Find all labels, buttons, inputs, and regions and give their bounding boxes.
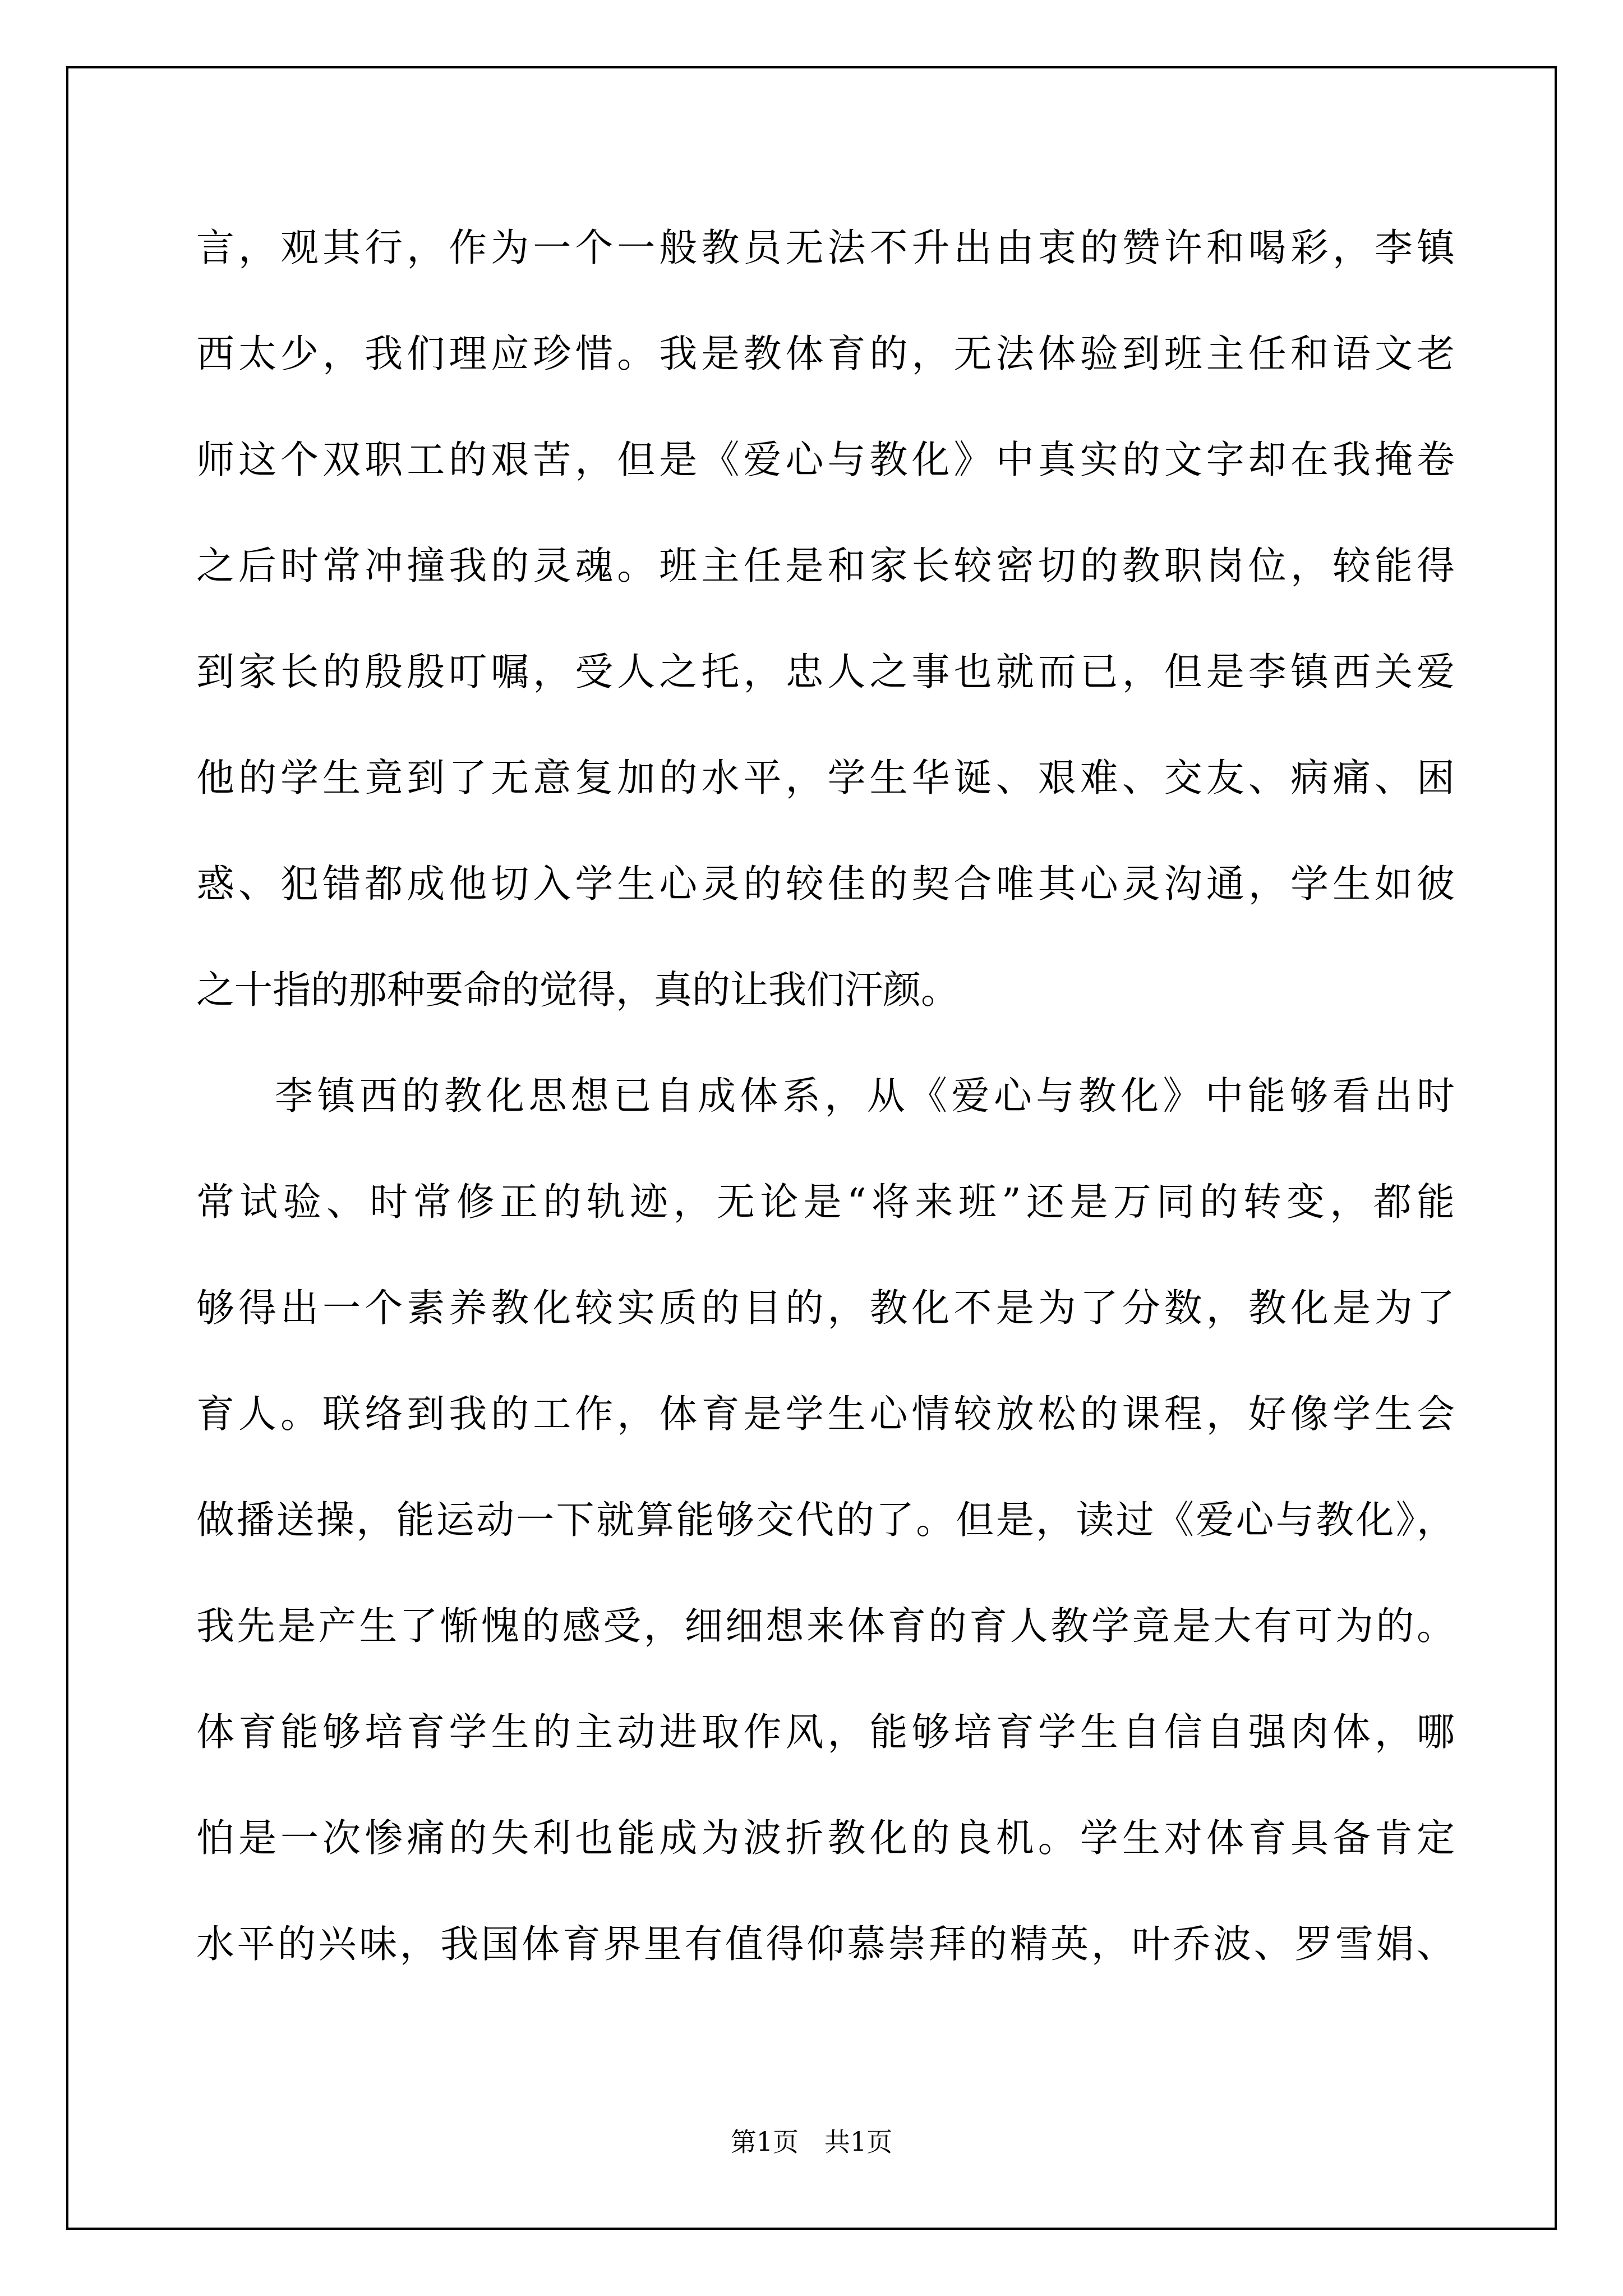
text-line: 师这个双职工的艰苦，但是《爱心与教化》中真实的文字却在我掩卷 xyxy=(196,407,1455,513)
text-line: 育人。联络到我的工作，体育是学生心情较放松的课程，好像学生会 xyxy=(196,1361,1455,1467)
page-footer: 第1页共1页 xyxy=(0,2125,1623,2159)
text-line: 体育能够培育学生的主动进取作风，能够培育学生自信自强肉体，哪 xyxy=(196,1680,1455,1786)
text-line: 李镇西的教化思想已自成体系，从《爱心与教化》中能够看出时 xyxy=(196,1043,1455,1149)
text-line: 够得出一个素养教化较实质的目的，教化不是为了分数，教化是为了 xyxy=(196,1255,1455,1361)
text-line: 言，观其行，作为一个一般教员无法不升出由衷的赞许和喝彩，李镇 xyxy=(196,195,1455,301)
text-line: 怕是一次惨痛的失利也能成为波折教化的良机。学生对体育具备肯定 xyxy=(196,1786,1455,1892)
paragraph: 言，观其行，作为一个一般教员无法不升出由衷的赞许和喝彩，李镇 西太少，我们理应珍… xyxy=(196,195,1455,1043)
text-line: 之后时常冲撞我的灵魂。班主任是和家长较密切的教职岗位，较能得 xyxy=(196,513,1455,619)
page-total: 共1页 xyxy=(824,2125,892,2159)
page-number: 第1页 xyxy=(731,2125,799,2159)
text-line: 做播送操，能运动一下就算能够交代的了。但是，读过《爱心与教化》， xyxy=(196,1467,1455,1573)
text-line: 常试验、时常修正的轨迹，无论是“将来班”还是万同的转变，都能 xyxy=(196,1149,1455,1255)
text-line: 我先是产生了惭愧的感受，细细想来体育的育人教学竟是大有可为的。 xyxy=(196,1573,1455,1680)
text-line: 他的学生竟到了无意复加的水平，学生华诞、艰难、交友、病痛、困 xyxy=(196,725,1455,831)
text-line: 西太少，我们理应珍惜。我是教体育的，无法体验到班主任和语文老 xyxy=(196,301,1455,407)
document-page: { "document": { "paragraphs": [ { "lines… xyxy=(0,0,1623,2296)
text-line: 惑、犯错都成他切入学生心灵的较佳的契合唯其心灵沟通，学生如彼 xyxy=(196,831,1455,937)
text-line: 水平的兴味，我国体育界里有值得仰慕崇拜的精英，叶乔波、罗雪娟、 xyxy=(196,1892,1455,1998)
paragraph: 李镇西的教化思想已自成体系，从《爱心与教化》中能够看出时 常试验、时常修正的轨迹… xyxy=(196,1043,1455,1998)
text-line: 之十指的那种要命的觉得，真的让我们汗颜。 xyxy=(196,937,1455,1043)
text-line: 到家长的殷殷叮嘱，受人之托，忠人之事也就而已，但是李镇西关爱 xyxy=(196,619,1455,725)
document-body: 言，观其行，作为一个一般教员无法不升出由衷的赞许和喝彩，李镇 西太少，我们理应珍… xyxy=(196,195,1455,1998)
